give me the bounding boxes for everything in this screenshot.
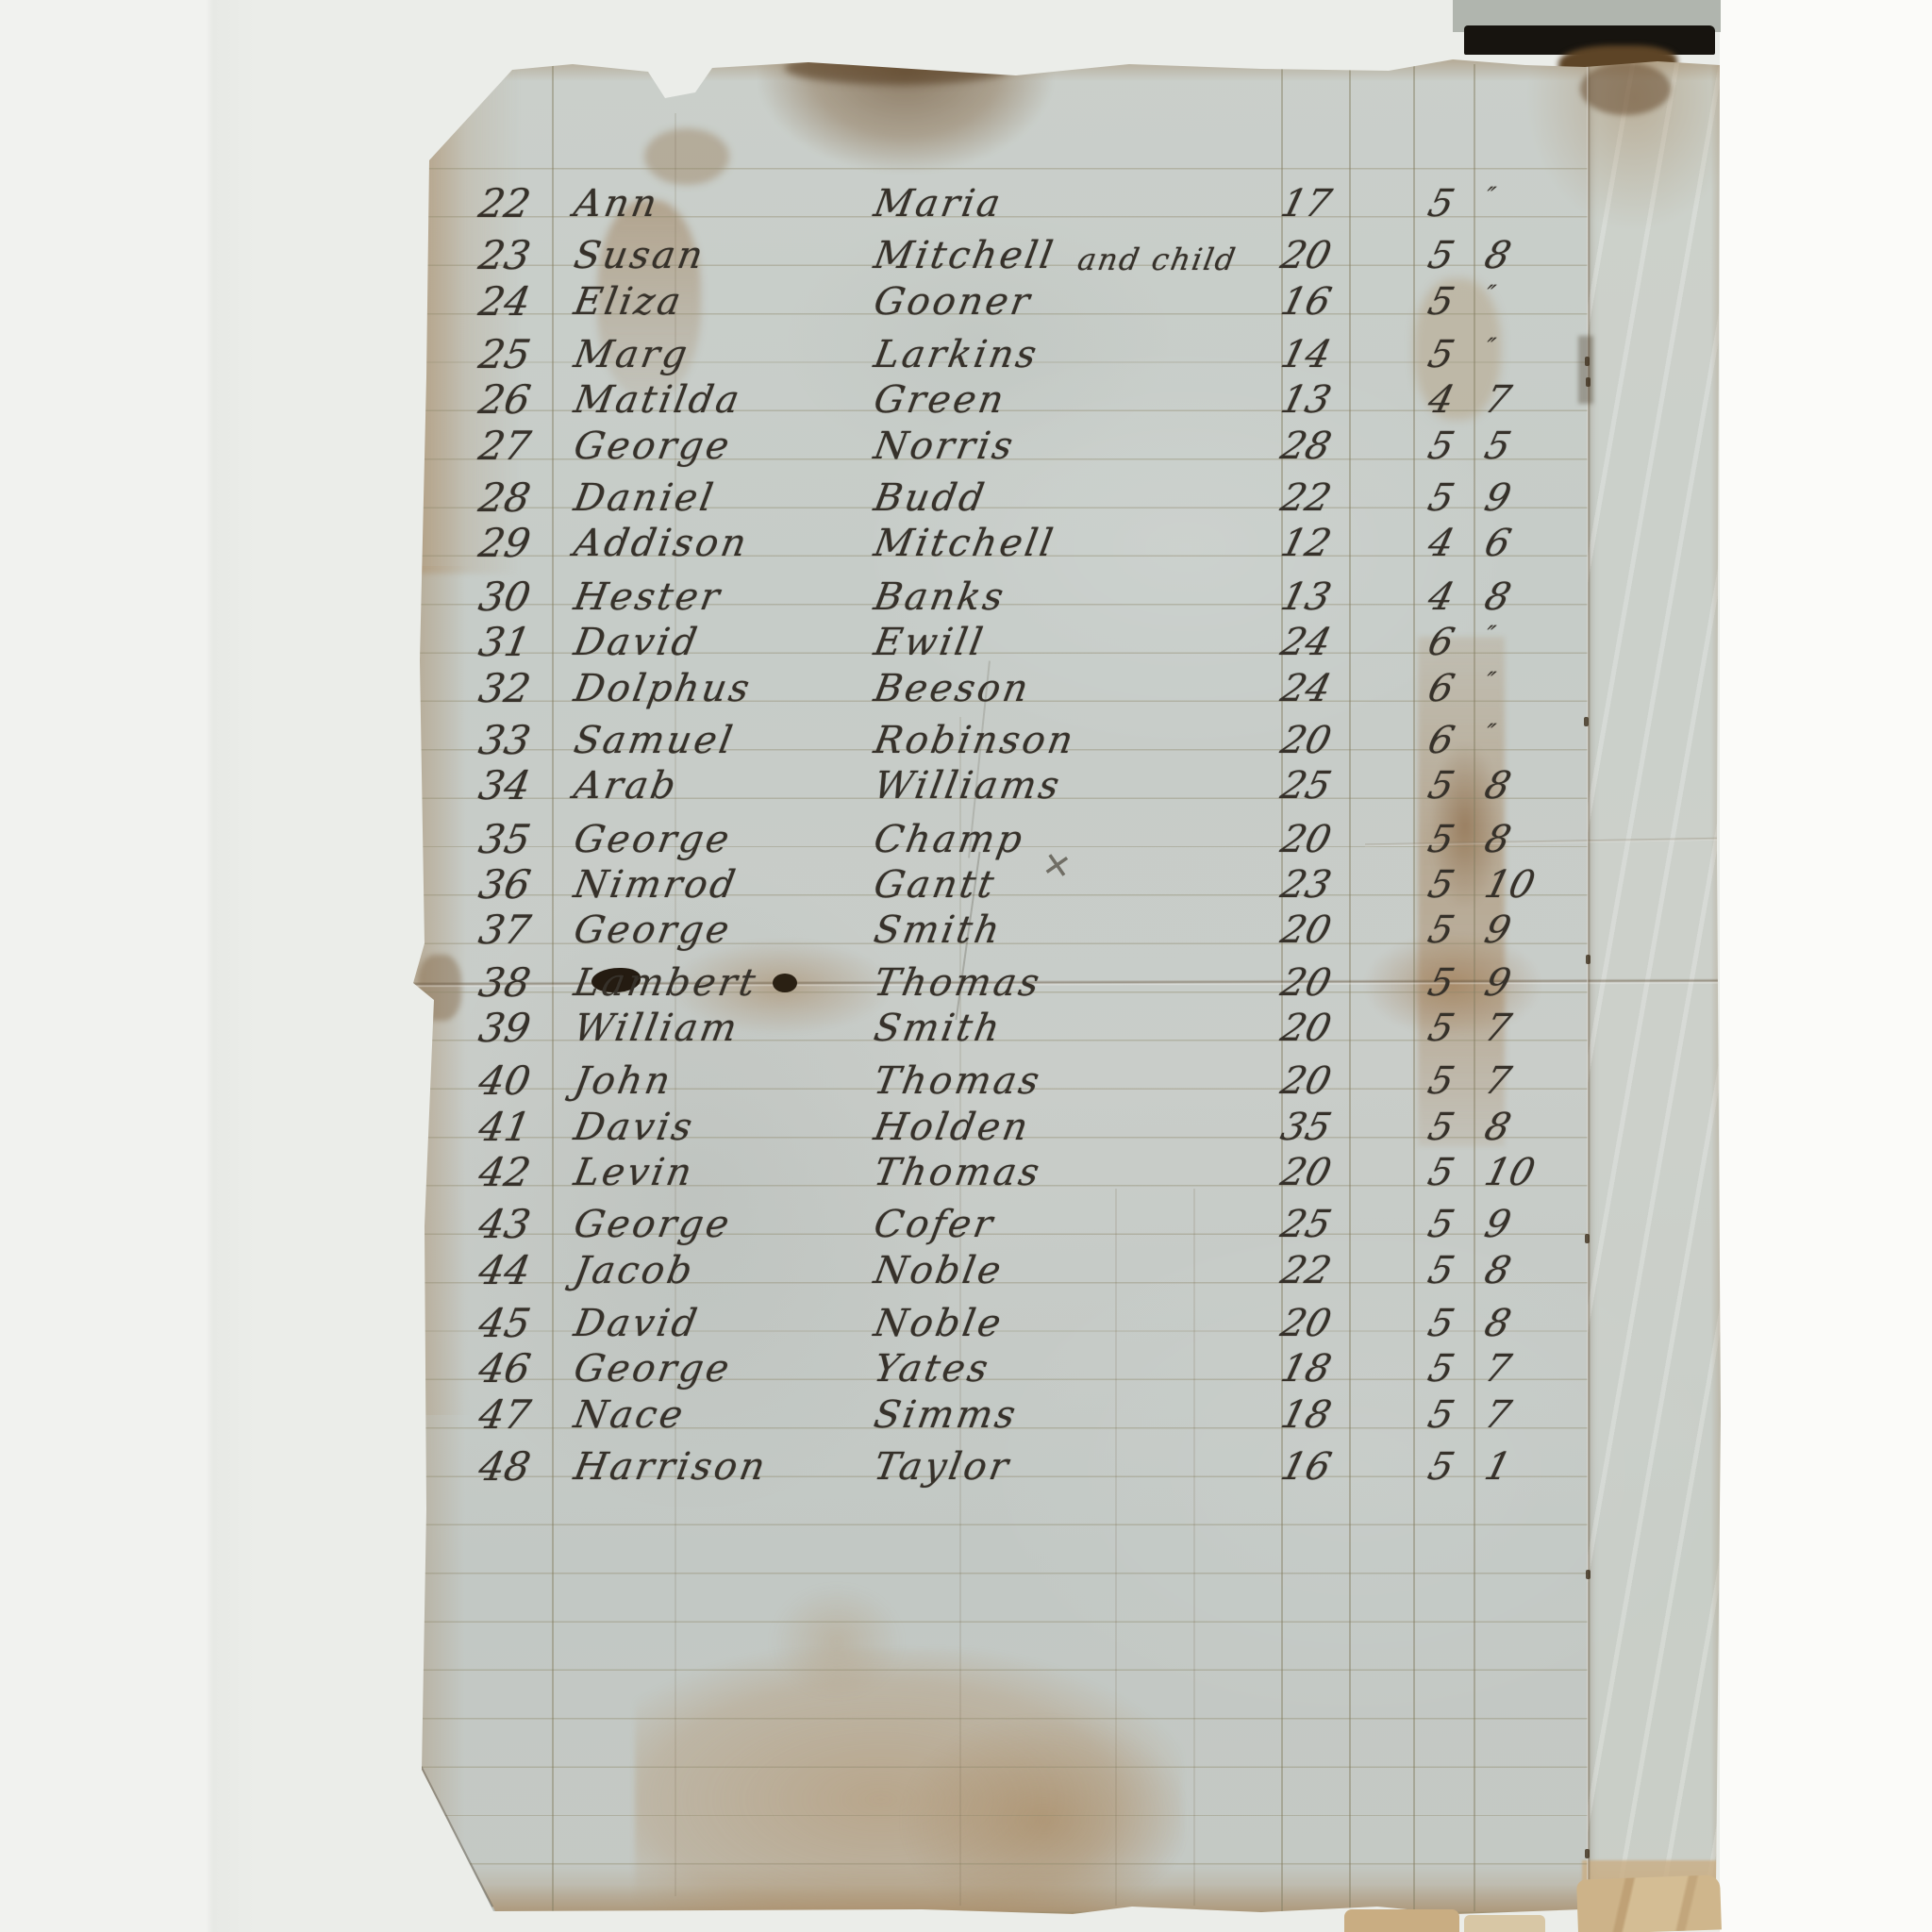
last-name: Smith [870, 906, 1006, 955]
first-name: Harrison [570, 1442, 771, 1491]
age-value: 18 [1276, 1391, 1355, 1440]
fold-wrinkle [675, 113, 676, 1896]
entry-number: 28 [460, 474, 548, 523]
last-name: Champ [870, 815, 1028, 864]
table-row: 40 John Thomas 20 5 7 [412, 1057, 1724, 1106]
last-name: Taylor [870, 1442, 1014, 1491]
height-inches: ″ [1480, 657, 1558, 706]
age-value: 22 [1276, 474, 1355, 523]
stain [644, 128, 729, 185]
stain [771, 1585, 903, 1698]
first-name: Arab [570, 761, 682, 810]
pencil-stroke [968, 660, 991, 858]
entry-number: 26 [460, 375, 548, 425]
stain [635, 1649, 1182, 1923]
height-feet: 5 [1424, 1148, 1459, 1197]
height-inches: ″ [1480, 323, 1558, 372]
stain [1431, 745, 1499, 906]
underlying-page-edge [1464, 1915, 1545, 1932]
table-row: 27 George Norris 28 5 5 [412, 422, 1724, 471]
entry-number: 45 [460, 1299, 548, 1348]
height-inches: 8 [1480, 231, 1558, 280]
height-feet: 5 [1424, 277, 1459, 326]
table-row: 42 Levin Thomas 20 5 10 [412, 1148, 1724, 1197]
entry-number: 34 [460, 761, 548, 810]
entry-number: 22 [460, 179, 548, 228]
height-feet: 5 [1424, 474, 1459, 523]
height-feet: 5 [1424, 1299, 1459, 1348]
first-name: Samuel [570, 716, 739, 765]
stain [673, 940, 890, 1034]
first-name: George [570, 1200, 735, 1249]
height-feet: 4 [1424, 573, 1459, 622]
last-name: Beeson [870, 664, 1034, 713]
dog-ear-fold [422, 1772, 495, 1911]
entry-number: 42 [460, 1148, 548, 1197]
age-value: 25 [1276, 1200, 1355, 1249]
height-inches: 10 [1480, 860, 1558, 909]
first-name: David [570, 1299, 703, 1348]
age-value: 23 [1276, 860, 1355, 909]
height-feet: 6 [1424, 618, 1459, 667]
height-feet: 5 [1424, 422, 1459, 471]
age-value: 35 [1276, 1103, 1355, 1152]
height-feet: 5 [1424, 1103, 1459, 1152]
stain [1580, 62, 1671, 115]
table-row: 37 George Smith 20 5 9 [412, 906, 1724, 955]
age-value: 20 [1276, 1299, 1355, 1348]
entry-number: 32 [460, 664, 548, 713]
column-rule [1349, 64, 1351, 1911]
age-value: 16 [1276, 277, 1355, 326]
age-value: 13 [1276, 573, 1355, 622]
age-value: 12 [1276, 519, 1355, 568]
table-row: 28 Daniel Budd 22 5 9 [412, 474, 1724, 523]
last-name: Green [870, 375, 1009, 425]
table-row: 25 Marg Larkins 14 5 ″ [412, 330, 1724, 379]
first-name: George [570, 906, 735, 955]
last-name: Noble [870, 1299, 1007, 1348]
height-inches: 8 [1480, 1103, 1558, 1152]
vertical-fold-crease [1587, 57, 1591, 1915]
age-value: 20 [1276, 1148, 1355, 1197]
entry-number: 46 [460, 1344, 548, 1393]
fold-smudge [1578, 336, 1593, 404]
pencil-x-mark: ✕ [1040, 845, 1074, 889]
last-name: Norris [870, 422, 1019, 471]
first-name: David [570, 618, 703, 667]
last-name: Simms [870, 1391, 1022, 1440]
stain [1525, 53, 1724, 232]
age-value: 22 [1276, 1246, 1355, 1295]
paper-edge-toning [1710, 57, 1724, 1920]
age-value: 18 [1276, 1344, 1355, 1393]
last-name: Yates [870, 1344, 994, 1393]
height-inches: ″ [1480, 708, 1558, 758]
last-name: Mitchell [870, 231, 1058, 280]
entry-number: 41 [460, 1103, 548, 1152]
table-row: 22 Ann Maria 17 5 ″ [412, 179, 1724, 228]
fold-wrinkle [1193, 1189, 1195, 1906]
ruled-lines-horizontal [418, 121, 1588, 1918]
last-name: Thomas [870, 958, 1045, 1008]
height-feet: 6 [1424, 716, 1459, 765]
table-row: 46 George Yates 18 5 7 [412, 1344, 1724, 1393]
ledger-rows: 22 Ann Maria 17 5 ″ 23 Susan Mitchell an… [412, 57, 1724, 1920]
entry-number: 44 [460, 1246, 548, 1295]
table-row: 30 Hester Banks 13 4 8 [412, 573, 1724, 622]
paper-edge-toning [412, 57, 1724, 81]
table-row: 34 Arab Williams 25 5 8 [412, 761, 1724, 810]
age-value: 20 [1276, 906, 1355, 955]
name-note: and child [1074, 235, 1241, 284]
scan-canvas: ✕ 22 Ann Maria 17 5 ″ 23 Susan Mitchell … [0, 0, 1932, 1932]
first-name: William [570, 1004, 743, 1053]
height-feet: 5 [1424, 1200, 1459, 1249]
last-name: Gooner [870, 277, 1036, 326]
first-name: Levin [570, 1148, 698, 1197]
entry-number: 40 [460, 1057, 548, 1106]
height-feet: 5 [1424, 1442, 1459, 1491]
dog-ear-crease [420, 1765, 493, 1907]
last-name: Thomas [870, 1057, 1045, 1106]
stain [1363, 932, 1542, 1038]
height-inches: 6 [1480, 519, 1558, 568]
table-row: 24 Eliza Gooner 16 5 ″ [412, 277, 1724, 326]
height-feet: 5 [1424, 1391, 1459, 1440]
table-row: 39 William Smith 20 5 7 [412, 1004, 1724, 1053]
age-value: 28 [1276, 422, 1355, 471]
column-rule [1281, 64, 1283, 1911]
entry-number: 29 [460, 519, 548, 568]
height-inches: 9 [1480, 474, 1558, 523]
height-inches: 10 [1480, 1148, 1558, 1197]
last-name: Gantt [870, 860, 1000, 909]
ink-blot [591, 968, 641, 992]
entry-number: 36 [460, 860, 548, 909]
first-name: Davis [570, 1103, 698, 1152]
stain [1582, 1860, 1724, 1917]
entry-number: 25 [460, 330, 548, 379]
entry-number: 37 [460, 906, 548, 955]
age-value: 20 [1276, 1004, 1355, 1053]
table-row: 41 Davis Holden 35 5 8 [412, 1103, 1724, 1152]
height-feet: 5 [1424, 906, 1459, 955]
table-row: 33 Samuel Robinson 20 6 ″ [412, 716, 1724, 765]
stain [1414, 278, 1501, 420]
last-name: Larkins [870, 330, 1042, 379]
last-name: Noble [870, 1246, 1007, 1295]
first-name: George [570, 422, 735, 471]
stain [903, 1717, 1186, 1924]
height-feet: 5 [1424, 815, 1459, 864]
paper-edge-toning [412, 1885, 1724, 1920]
age-value: 20 [1276, 815, 1355, 864]
table-row: 38 Lambert Thomas 20 5 9 [412, 958, 1724, 1008]
first-name: Lambert [570, 958, 761, 1008]
height-inches: 8 [1480, 1299, 1558, 1348]
age-value: 16 [1276, 1442, 1355, 1491]
age-value: 25 [1276, 761, 1355, 810]
entry-number: 23 [460, 231, 548, 280]
age-value: 20 [1276, 716, 1355, 765]
height-inches: 5 [1480, 422, 1558, 471]
entry-number: 48 [460, 1442, 548, 1491]
height-feet: 5 [1424, 1057, 1459, 1106]
height-inches: 7 [1480, 1344, 1558, 1393]
stain [416, 64, 520, 574]
age-value: 20 [1276, 958, 1355, 1008]
height-feet: 5 [1424, 958, 1459, 1008]
stain [597, 200, 701, 398]
fold-speck [1586, 377, 1591, 387]
column-rule [1413, 64, 1415, 1911]
height-inches: 8 [1480, 573, 1558, 622]
first-name: Dolphus [570, 664, 756, 713]
fold-speck [1585, 1849, 1590, 1858]
table-row: 29 Addison Mitchell 12 4 6 [412, 519, 1724, 568]
stain [759, 30, 1052, 172]
table-row: 48 Harrison Taylor 16 5 1 [412, 1442, 1724, 1491]
scanner-background-right [1720, 0, 1932, 1932]
fold-speck [1586, 955, 1591, 964]
stain [418, 955, 461, 1021]
entry-number: 47 [460, 1391, 548, 1440]
height-inches: 7 [1480, 1391, 1558, 1440]
table-row: 44 Jacob Noble 22 5 8 [412, 1246, 1724, 1295]
underlying-page-edge [1344, 1909, 1459, 1932]
ledger-paper: ✕ 22 Ann Maria 17 5 ″ 23 Susan Mitchell … [412, 57, 1724, 1920]
entry-number: 35 [460, 815, 548, 864]
height-inches: 1 [1480, 1442, 1558, 1491]
height-inches: ″ [1480, 172, 1558, 221]
height-inches: 7 [1480, 375, 1558, 425]
last-name: Banks [870, 573, 1009, 622]
first-name: Susan [570, 231, 708, 280]
age-value: 14 [1276, 330, 1355, 379]
stain [785, 51, 1011, 85]
height-inches: 9 [1480, 958, 1558, 1008]
entry-number: 39 [460, 1004, 548, 1053]
last-name: Cofer [870, 1200, 998, 1249]
first-name: Marg [570, 330, 693, 379]
height-feet: 5 [1424, 860, 1459, 909]
height-inches: 8 [1480, 815, 1558, 864]
entry-number: 31 [460, 618, 548, 667]
horizontal-fold-crease [412, 978, 1724, 988]
first-name: Addison [570, 519, 752, 568]
entry-number: 38 [460, 958, 548, 1008]
height-inches: ″ [1480, 270, 1558, 319]
table-row: 47 Nace Simms 18 5 7 [412, 1391, 1724, 1440]
first-name: George [570, 815, 735, 864]
entry-number: 43 [460, 1200, 548, 1249]
entry-number: 30 [460, 573, 548, 622]
height-feet: 5 [1424, 1344, 1459, 1393]
first-name: Jacob [570, 1246, 698, 1295]
table-row: 32 Dolphus Beeson 24 6 ″ [412, 664, 1724, 713]
age-value: 24 [1276, 618, 1355, 667]
underlying-page-edge [1576, 1874, 1722, 1932]
first-name: John [570, 1057, 676, 1106]
first-name: George [570, 1344, 735, 1393]
first-name: Nace [570, 1391, 689, 1440]
height-feet: 5 [1424, 761, 1459, 810]
folded-right-panel [1588, 57, 1724, 1920]
table-row: 43 George Cofer 25 5 9 [412, 1200, 1724, 1249]
height-inches: ″ [1480, 610, 1558, 659]
fold-wrinkle [1115, 1189, 1117, 1906]
first-name: Eliza [570, 277, 687, 326]
height-feet: 4 [1424, 375, 1459, 425]
entry-number: 27 [460, 422, 548, 471]
last-name: Williams [870, 761, 1065, 810]
wrinkle-crease [1365, 838, 1724, 847]
pencil-stroke [955, 852, 980, 1021]
last-name: Smith [870, 1004, 1006, 1053]
ink-blot [773, 974, 797, 992]
stain [1418, 637, 1505, 1146]
age-value: 17 [1276, 179, 1355, 228]
height-inches: 9 [1480, 906, 1558, 955]
last-name: Holden [870, 1103, 1034, 1152]
age-value: 24 [1276, 664, 1355, 713]
height-inches: 7 [1480, 1057, 1558, 1106]
height-feet: 5 [1424, 1246, 1459, 1295]
entry-number: 33 [460, 716, 548, 765]
column-rule [1474, 64, 1475, 1911]
paper-edge-toning [412, 57, 465, 1920]
first-name: Daniel [570, 474, 719, 523]
scanner-bed-strip [1453, 0, 1721, 32]
fold-speck [1586, 1570, 1591, 1579]
height-feet: 5 [1424, 179, 1459, 228]
stain [412, 1864, 1724, 1921]
age-value: 20 [1276, 1057, 1355, 1106]
first-name: Hester [570, 573, 725, 622]
table-row: 36 Nimrod Gantt 23 5 10 [412, 860, 1724, 909]
age-value: 13 [1276, 375, 1355, 425]
fold-speck [1585, 357, 1590, 366]
height-inches: 9 [1480, 1200, 1558, 1249]
column-rule [552, 64, 554, 1911]
height-feet: 5 [1424, 231, 1459, 280]
fold-speck [1585, 1234, 1590, 1243]
fold-speck [1584, 717, 1589, 726]
stain [414, 566, 471, 1415]
entry-number: 24 [460, 277, 548, 326]
last-name: Robinson [870, 716, 1079, 765]
last-name: Thomas [870, 1148, 1045, 1197]
first-name: Nimrod [570, 860, 741, 909]
last-name: Maria [870, 179, 1007, 228]
table-row: 26 Matilda Green 13 4 7 [412, 375, 1724, 425]
table-row: 45 David Noble 20 5 8 [412, 1299, 1724, 1348]
height-inches: 8 [1480, 1246, 1558, 1295]
table-row: 35 George Champ 20 5 8 [412, 815, 1724, 864]
age-value: 20 [1276, 231, 1355, 280]
last-name: Mitchell [870, 519, 1058, 568]
book-spine-edge [1464, 25, 1715, 55]
height-inches: 8 [1480, 761, 1558, 810]
first-name: Matilda [570, 375, 745, 425]
first-name: Ann [570, 179, 663, 228]
table-row: 23 Susan Mitchell and child 20 5 8 [412, 231, 1724, 280]
fold-wrinkle [959, 717, 961, 1906]
binding-stain [1558, 45, 1677, 85]
height-inches: 7 [1480, 1004, 1558, 1053]
height-feet: 4 [1424, 519, 1459, 568]
last-name: Ewill [870, 618, 989, 667]
height-feet: 5 [1424, 1004, 1459, 1053]
height-feet: 5 [1424, 330, 1459, 379]
last-name: Budd [870, 474, 991, 523]
table-row: 31 David Ewill 24 6 ″ [412, 618, 1724, 667]
height-feet: 6 [1424, 664, 1459, 713]
